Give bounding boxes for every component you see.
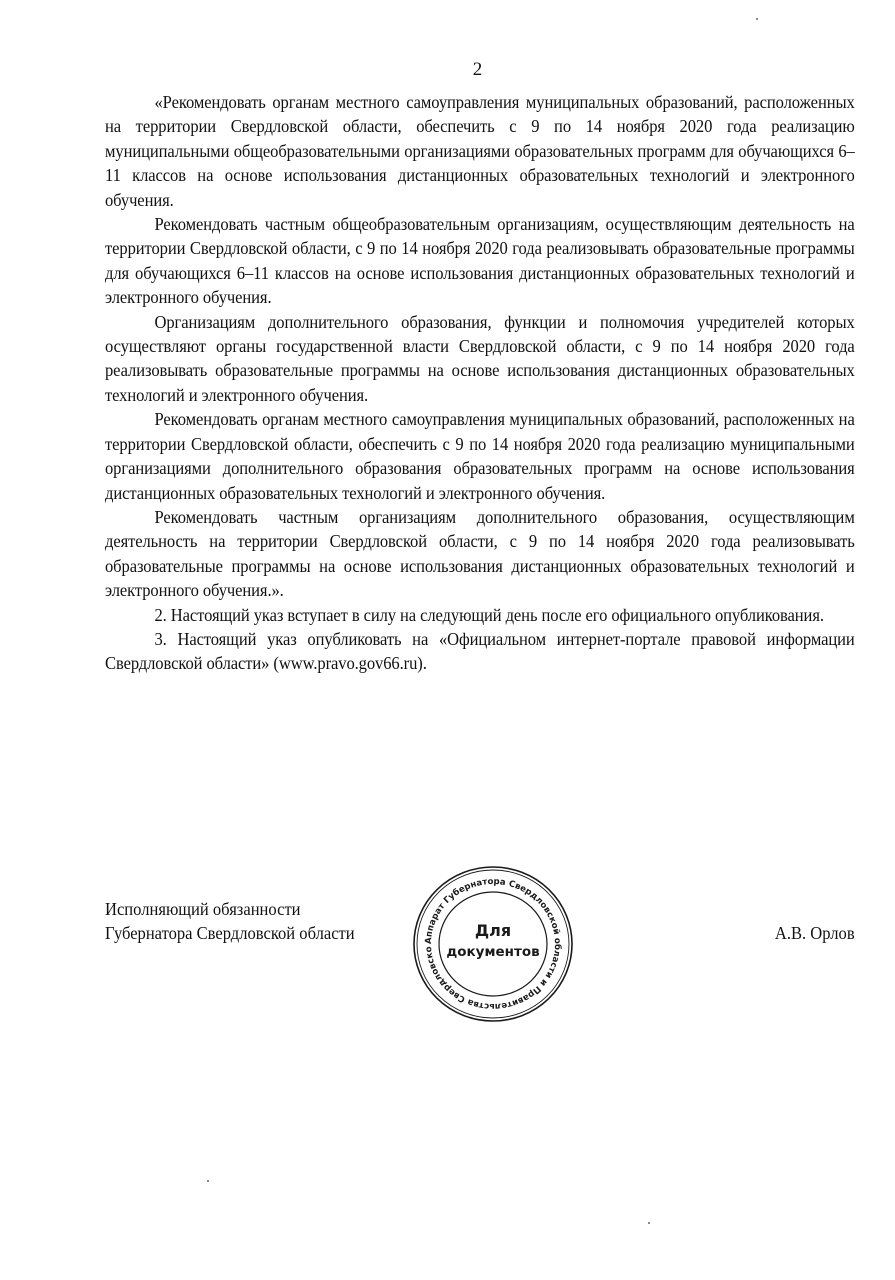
official-stamp: Аппарат Губернатора Свердловской области…: [411, 864, 575, 1024]
paragraph-2: Рекомендовать частным общеобразовательны…: [105, 212, 855, 310]
paragraph-3: Организациям дополнительного образования…: [105, 310, 855, 408]
signatory-position: Исполняющий обязанности Губернатора Свер…: [105, 897, 355, 946]
signatory-position-line1: Исполняющий обязанности: [105, 897, 355, 921]
document-page: 2 «Рекомендовать органам местного самоуп…: [0, 0, 895, 1280]
stamp-center-line2: документов: [446, 944, 539, 960]
signatory-position-line2: Губернатора Свердловской области: [105, 921, 355, 945]
scan-speck: [648, 1222, 650, 1224]
page-number: 2: [0, 58, 895, 82]
stamp-center-line1: Для: [475, 921, 511, 940]
document-body: «Рекомендовать органам местного самоупра…: [105, 90, 855, 676]
stamp-seal-icon: Аппарат Губернатора Свердловской области…: [411, 864, 575, 1024]
paragraph-1: «Рекомендовать органам местного самоупра…: [105, 90, 855, 212]
clause-3: 3. Настоящий указ опубликовать на «Офици…: [105, 627, 855, 676]
paragraph-4: Рекомендовать органам местного самоуправ…: [105, 407, 855, 505]
signatory-name: А.В. Орлов: [775, 921, 855, 945]
paragraph-5: Рекомендовать частным организациям допол…: [105, 505, 855, 603]
scan-speck: [756, 18, 758, 20]
clause-2: 2. Настоящий указ вступает в силу на сле…: [105, 603, 855, 627]
scan-speck: [207, 1180, 209, 1182]
